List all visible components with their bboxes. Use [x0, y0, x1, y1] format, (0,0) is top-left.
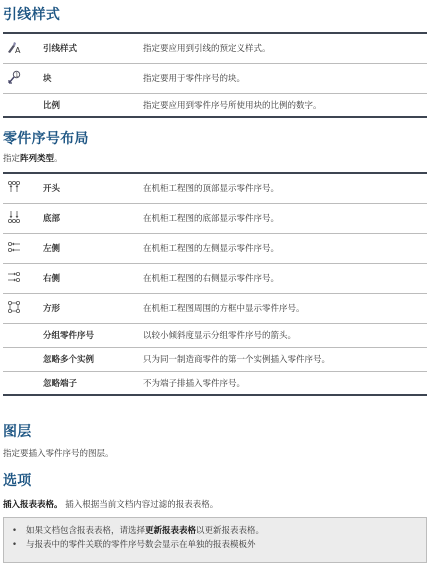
insert-report-table-term: 插入报表表格。 — [3, 500, 63, 510]
left-layout-icon — [7, 240, 21, 254]
row-name: 忽略端子 — [43, 371, 143, 395]
row-desc: 在机柜工程图周围的方框中显示零件序号。 — [143, 293, 427, 323]
balloon-layout-intro: 指定阵列类型。 — [3, 152, 63, 164]
row-name: 分组零件序号 — [43, 323, 143, 347]
row-desc: 指定要应用到零件序号所使用块的比例的数字。 — [143, 93, 427, 117]
table-row: 右侧 在机柜工程图的右侧显示零件序号。 — [3, 263, 427, 293]
options-desc: 插入报表表格。 插入根据当前文档内容过滤的报表表格。 — [3, 498, 218, 510]
table-row: 底部 在机柜工程图的底部显示零件序号。 — [3, 203, 427, 233]
row-name: 右侧 — [43, 263, 143, 293]
row-desc: 在机柜工程图的顶部显示零件序号。 — [143, 173, 427, 203]
table-row: 1 块 指定要用于零件序号的块。 — [3, 63, 427, 93]
row-name: 底部 — [43, 203, 143, 233]
top-layout-icon — [7, 180, 21, 194]
note-item: 与报表中的零件关联的零件序号数会显示在单独的报表模板外 — [12, 538, 426, 552]
row-desc: 不为端子排插入零件序号。 — [143, 371, 427, 395]
section-title-layer: 图层 — [3, 421, 32, 441]
note-item: 如果文档包含报表表格，请选择更新报表表格以更新报表表格。 — [12, 524, 426, 538]
balloon-layout-table: 开头 在机柜工程图的顶部显示零件序号。 底部 在机柜工程图的底部显示零件序号。 … — [3, 172, 427, 396]
array-type-term: 阵列类型 — [20, 154, 54, 164]
note-box: 如果文档包含报表表格，请选择更新报表表格以更新报表表格。 与报表中的零件关联的零… — [3, 517, 427, 563]
svg-text:A: A — [15, 46, 21, 54]
row-name: 方形 — [43, 293, 143, 323]
right-layout-icon — [7, 270, 21, 284]
table-row: 比例 指定要应用到零件序号所使用块的比例的数字。 — [3, 93, 427, 117]
table-row: 左侧 在机柜工程图的左侧显示零件序号。 — [3, 233, 427, 263]
table-row: 忽略多个实例 只为同一制造商零件的第一个实例插入零件序号。 — [3, 347, 427, 371]
row-name: 开头 — [43, 173, 143, 203]
row-desc: 在机柜工程图的左侧显示零件序号。 — [143, 233, 427, 263]
block-icon: 1 — [7, 70, 21, 84]
section-title-options: 选项 — [3, 470, 32, 490]
table-row: 忽略端子 不为端子排插入零件序号。 — [3, 371, 427, 395]
row-desc: 指定要应用到引线的预定义样式。 — [143, 33, 427, 63]
row-desc: 以较小倾斜度显示分组零件序号的箭头。 — [143, 323, 427, 347]
table-row: 开头 在机柜工程图的顶部显示零件序号。 — [3, 173, 427, 203]
layer-desc: 指定要插入零件序号的图层。 — [3, 447, 114, 459]
section-title-balloon-layout: 零件序号布局 — [3, 128, 89, 148]
bottom-layout-icon — [7, 210, 21, 224]
row-name: 块 — [43, 63, 143, 93]
row-desc: 在机柜工程图的底部显示零件序号。 — [143, 203, 427, 233]
leader-style-table: A 引线样式 指定要应用到引线的预定义样式。 1 块 指定要用于零件序号的块。 … — [3, 32, 427, 118]
row-desc: 指定要用于零件序号的块。 — [143, 63, 427, 93]
row-desc: 在机柜工程图的右侧显示零件序号。 — [143, 263, 427, 293]
square-layout-icon — [7, 300, 21, 314]
svg-text:1: 1 — [15, 72, 18, 78]
update-report-table-term: 更新报表表格 — [145, 526, 196, 536]
leader-style-icon: A — [7, 40, 21, 54]
table-row: 分组零件序号 以较小倾斜度显示分组零件序号的箭头。 — [3, 323, 427, 347]
row-name: 引线样式 — [43, 33, 143, 63]
section-title-leader-style: 引线样式 — [3, 4, 60, 24]
row-name: 左侧 — [43, 233, 143, 263]
row-desc: 只为同一制造商零件的第一个实例插入零件序号。 — [143, 347, 427, 371]
row-name: 比例 — [43, 93, 143, 117]
table-row: 方形 在机柜工程图周围的方框中显示零件序号。 — [3, 293, 427, 323]
table-row: A 引线样式 指定要应用到引线的预定义样式。 — [3, 33, 427, 63]
row-name: 忽略多个实例 — [43, 347, 143, 371]
